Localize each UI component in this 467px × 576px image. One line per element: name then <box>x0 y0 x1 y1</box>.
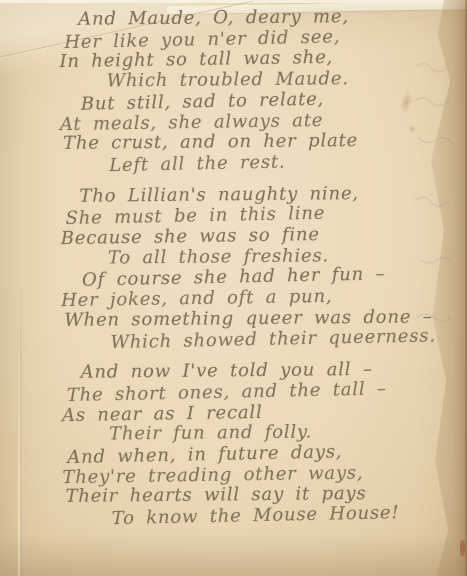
bottom-shadow <box>0 534 467 576</box>
stanza-block-2: Tho Lillian's naughty nine, She must be … <box>63 183 454 351</box>
red-edge-mark <box>460 540 465 556</box>
scanned-poem-page: And Maude, O, deary me, Her like you n'e… <box>0 0 467 576</box>
stanza-block-3: And now I've told you all – The short on… <box>65 360 456 528</box>
poem-text: And Maude, O, deary me, Her like you n'e… <box>62 7 456 540</box>
paper-stain <box>408 124 417 134</box>
stanza-block-1: And Maude, O, deary me, Her like you n'e… <box>62 7 453 175</box>
